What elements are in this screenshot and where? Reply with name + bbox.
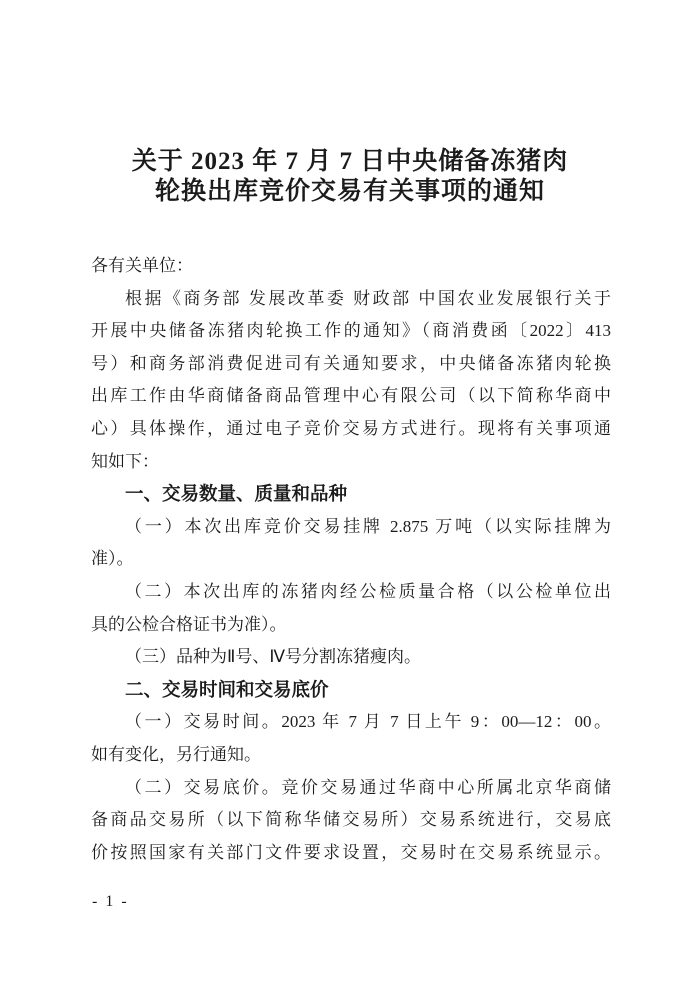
section-2-heading: 二、交易时间和交易底价 [91, 674, 611, 707]
intro-line-3: 号）和商务部消费促进司有关通知要求，中央储备冻猪肉轮换 [91, 348, 611, 381]
document-body: 各有关单位： 根据《商务部 发展改革委 财政部 中国农业发展银行关于 开展中央储… [91, 250, 611, 869]
intro-line-2: 开展中央储备冻猪肉轮换工作的通知》（商消费函〔2022〕413 [91, 315, 611, 348]
item-2-2-line-2: 备商品交易所（以下简称华储交易所）交易系统进行，交易底 [91, 804, 611, 837]
item-2-1-line-1: （一）交易时间。2023 年 7 月 7 日上午 9：00—12：00。 [91, 706, 611, 739]
intro-line-5: 心）具体操作，通过电子竞价交易方式进行。现将有关事项通 [91, 413, 611, 446]
intro-line-6: 知如下： [91, 446, 611, 479]
item-1-3-line-1: （三）品种为Ⅱ号、Ⅳ号分割冻猪瘦肉。 [91, 641, 611, 674]
document-title-line-1: 关于 2023 年 7 月 7 日中央储备冻猪肉 [0, 147, 700, 177]
item-1-1-line-1: （一）本次出库竞价交易挂牌 2.875 万吨（以实际挂牌为 [91, 511, 611, 544]
section-1-heading: 一、交易数量、质量和品种 [91, 478, 611, 511]
item-2-2-line-1: （二）交易底价。竞价交易通过华商中心所属北京华商储 [91, 772, 611, 805]
document-title: 关于 2023 年 7 月 7 日中央储备冻猪肉 轮换出库竞价交易有关事项的通知 [0, 147, 700, 207]
item-1-2-line-2: 具的公检合格证书为准）。 [91, 609, 611, 642]
item-2-2-line-3: 价按照国家有关部门文件要求设置，交易时在交易系统显示。 [91, 837, 611, 870]
item-2-1-line-2: 如有变化，另行通知。 [91, 739, 611, 772]
item-1-2-line-1: （二）本次出库的冻猪肉经公检质量合格（以公检单位出 [91, 576, 611, 609]
salutation-line: 各有关单位： [91, 250, 611, 283]
page-number: - 1 - [92, 893, 129, 911]
item-1-1-line-2: 准）。 [91, 543, 611, 576]
intro-line-4: 出库工作由华商储备商品管理中心有限公司（以下简称华商中 [91, 380, 611, 413]
document-title-line-2: 轮换出库竞价交易有关事项的通知 [0, 177, 700, 207]
document-page: 关于 2023 年 7 月 7 日中央储备冻猪肉 轮换出库竞价交易有关事项的通知… [0, 0, 700, 989]
intro-line-1: 根据《商务部 发展改革委 财政部 中国农业发展银行关于 [91, 283, 611, 316]
